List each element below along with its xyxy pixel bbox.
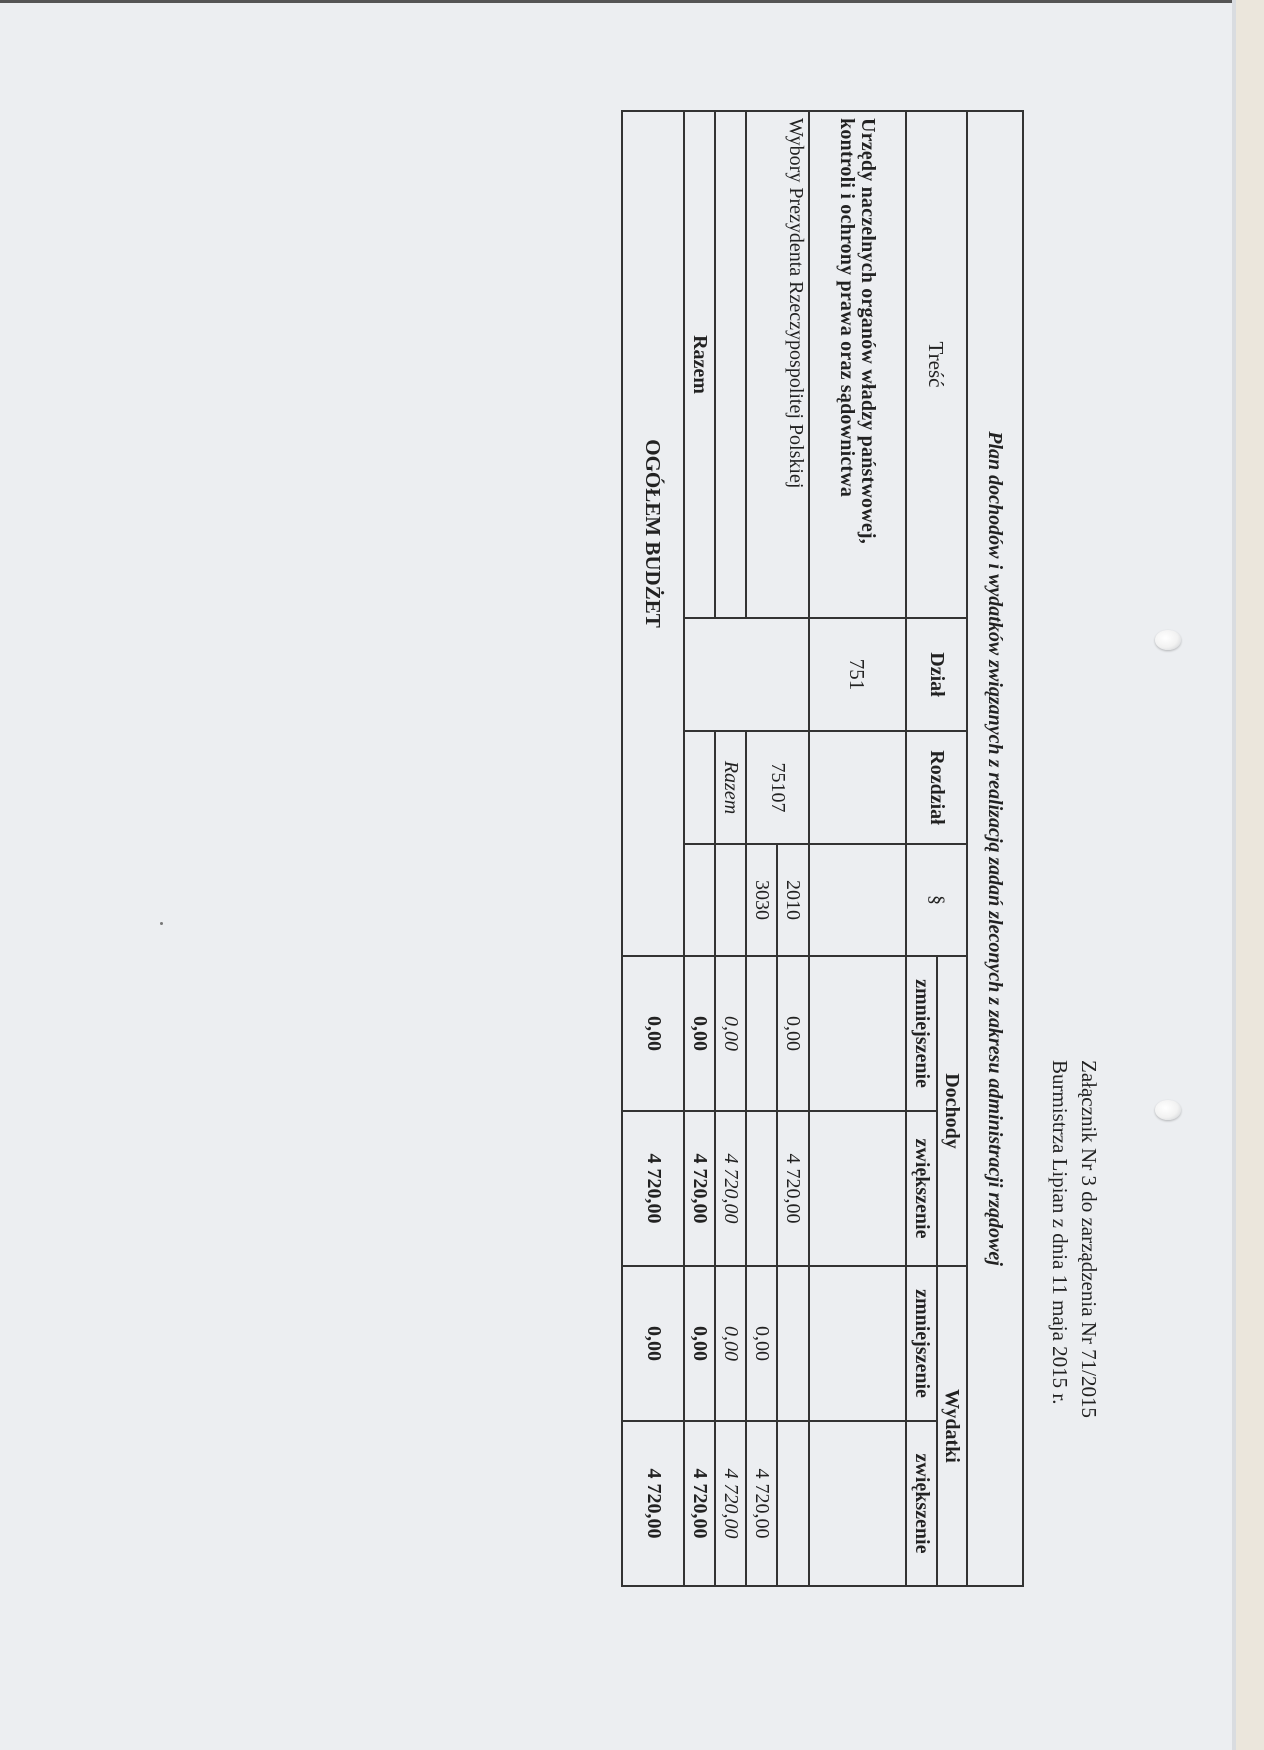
cell-paragraf: 2010 xyxy=(777,844,808,956)
cell-rozdzial xyxy=(684,731,715,844)
cell-dzial-razem-label: Razem xyxy=(684,111,715,618)
punch-hole-icon xyxy=(1155,1100,1181,1120)
cell-tresc: Urzędy naczelnych organów władzy państwo… xyxy=(809,111,906,618)
col-header-dzial: Dział xyxy=(906,618,967,731)
cell-dochody-zwi: 4 720,00 xyxy=(622,1111,684,1266)
cell-paragraf xyxy=(684,844,715,956)
cell-rozdzial: 75107 xyxy=(746,731,808,844)
col-group-wydatki: Wydatki xyxy=(937,1266,967,1586)
cell-dzial: 751 xyxy=(809,618,906,731)
col-header-tresc: Treść xyxy=(906,111,967,618)
cell-dochody-zwi: 4 720,00 xyxy=(777,1111,808,1266)
cell-wydatki-zwi xyxy=(777,1421,808,1586)
attachment-line-1: Załącznik Nr 3 do zarządzenia Nr 71/2015 xyxy=(1074,1060,1103,1440)
cell-dochody-zmn: 0,00 xyxy=(622,956,684,1111)
punch-hole-icon xyxy=(1155,630,1181,650)
cell-paragraf: 3030 xyxy=(746,844,777,956)
page-edge xyxy=(1232,0,1236,1750)
scan-top-edge xyxy=(0,0,1236,3)
cell-dochody-zmn: 0,00 xyxy=(684,956,715,1111)
col-group-dochody: Dochody xyxy=(937,956,967,1266)
cell-wydatki-zwi: 4 720,00 xyxy=(684,1421,715,1586)
cell-dochody-zwi: 4 720,00 xyxy=(684,1111,715,1266)
col-header-rozdzial: Rozdział xyxy=(906,731,967,844)
cell-wydatki-zwi: 4 720,00 xyxy=(622,1421,684,1586)
table-row-dzial: Urzędy naczelnych organów władzy państwo… xyxy=(809,111,906,1586)
cell-wydatki-zwi: 4 720,00 xyxy=(746,1421,777,1586)
table-title: Plan dochodów i wydatków związanych z re… xyxy=(967,111,1023,1586)
budget-table: Plan dochodów i wydatków związanych z re… xyxy=(621,110,1024,1587)
cell-dochody-zmn: 0,00 xyxy=(777,956,808,1111)
cell-dzial xyxy=(684,618,808,731)
cell-rozdzial-razem-label: Razem xyxy=(715,731,746,844)
cell-wydatki-zmn: 0,00 xyxy=(622,1266,684,1421)
attachment-header: Załącznik Nr 3 do zarządzenia Nr 71/2015… xyxy=(1043,1060,1103,1440)
table-row-ogolem: OGÓŁEM BUDŻET 0,00 4 720,00 0,00 4 720,0… xyxy=(622,111,684,1586)
cell-rozdzial xyxy=(809,731,906,844)
cell-tresc: Wybory Prezydenta Rzeczypospolitej Polsk… xyxy=(746,111,808,618)
cell-dochody-zwi xyxy=(746,1111,777,1266)
cell-wydatki-zmn xyxy=(777,1266,808,1421)
table-row-dzial-razem: Razem 0,00 4 720,00 0,00 4 720,00 xyxy=(684,111,715,1586)
col-header-wydatki-zmniejszenie: zmniejszenie xyxy=(906,1266,937,1421)
cell-dochody-zmn: 0,00 xyxy=(715,956,746,1111)
cell-paragraf xyxy=(715,844,746,956)
cell-wydatki-zwi: 4 720,00 xyxy=(715,1421,746,1586)
cell-wydatki-zwi xyxy=(809,1421,906,1586)
cell-wydatki-zmn: 0,00 xyxy=(684,1266,715,1421)
cell-paragraf xyxy=(809,844,906,956)
cell-dochody-zwi xyxy=(809,1111,906,1266)
table-row-2010: Wybory Prezydenta Rzeczypospolitej Polsk… xyxy=(777,111,808,1586)
scan-speck xyxy=(160,922,163,925)
col-header-dochody-zmniejszenie: zmniejszenie xyxy=(906,956,937,1111)
table-row-rozdzial-razem: Razem 0,00 4 720,00 0,00 4 720,00 xyxy=(715,111,746,1586)
cell-ogolem-label: OGÓŁEM BUDŻET xyxy=(622,111,684,956)
col-header-wydatki-zwiekszenie: zwiększenie xyxy=(906,1421,937,1586)
budget-table-container: Plan dochodów i wydatków związanych z re… xyxy=(621,110,1024,1585)
cell-wydatki-zmn xyxy=(809,1266,906,1421)
cell-dochody-zmn xyxy=(809,956,906,1111)
col-header-dochody-zwiekszenie: zwiększenie xyxy=(906,1111,937,1266)
attachment-line-2: Burmistrza Lipian z dnia 11 maja 2015 r. xyxy=(1045,1060,1074,1440)
cell-wydatki-zmn: 0,00 xyxy=(715,1266,746,1421)
cell-wydatki-zmn: 0,00 xyxy=(746,1266,777,1421)
cell-dochody-zwi: 4 720,00 xyxy=(715,1111,746,1266)
scanned-page xyxy=(0,0,1236,1750)
col-header-paragraf: § xyxy=(906,844,967,956)
cell-tresc xyxy=(715,111,746,618)
cell-dochody-zmn xyxy=(746,956,777,1111)
